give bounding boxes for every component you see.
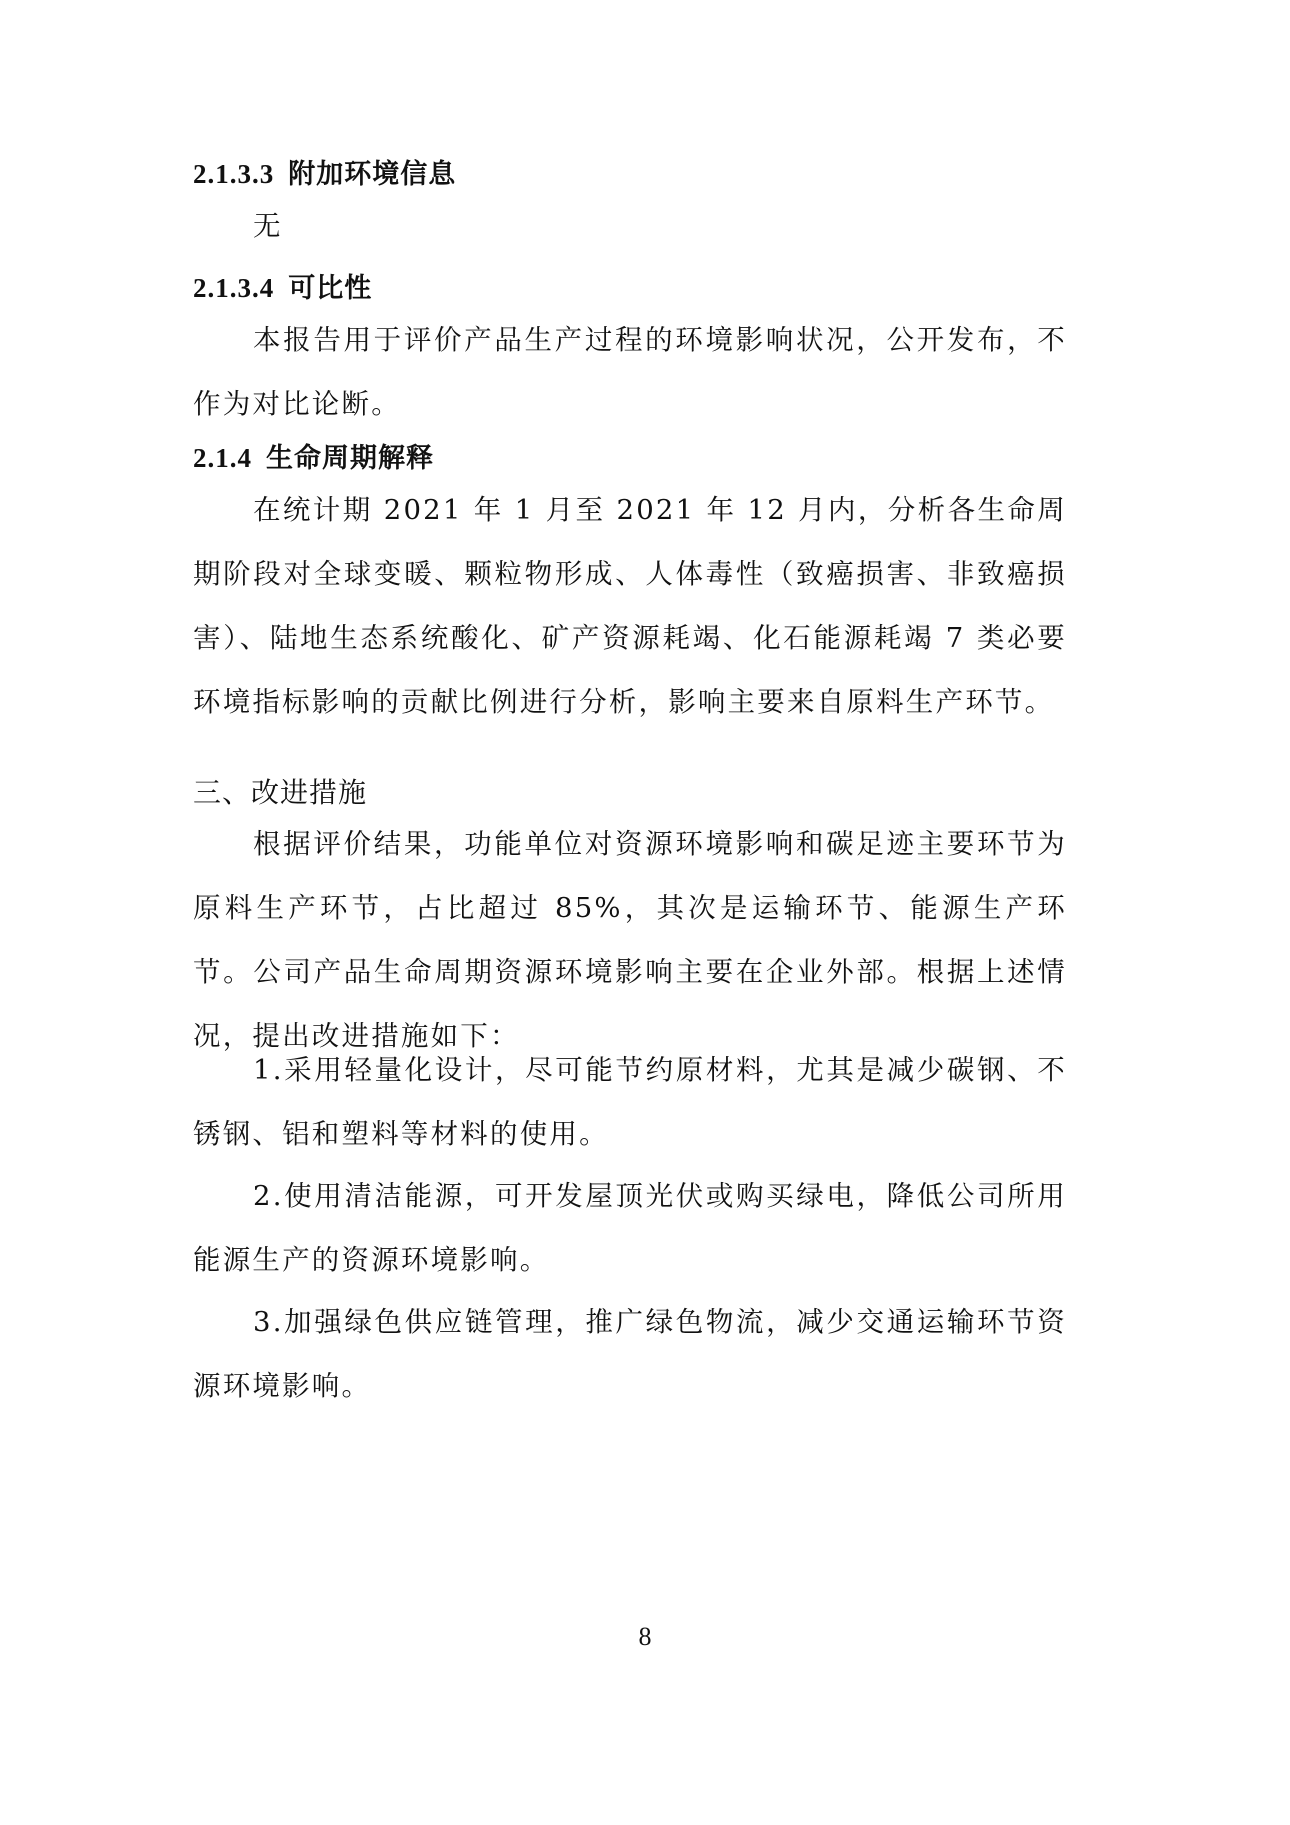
- list-item-measure-1: 1.采用轻量化设计，尽可能节约原材料，尤其是减少碳钢、不锈钢、铝和塑料等材料的使…: [193, 1038, 1067, 1166]
- page-number: 8: [0, 1622, 1290, 1652]
- paragraph-lifecycle-interpretation: 在统计期 2021 年 1 月至 2021 年 12 月内，分析各生命周期阶段对…: [193, 478, 1067, 734]
- heading-title: 生命周期解释: [266, 443, 434, 474]
- list-item-measure-2: 2.使用清洁能源，可开发屋顶光伏或购买绿电，降低公司所用能源生产的资源环境影响。: [193, 1164, 1067, 1292]
- paragraph-additional-info: 无: [193, 194, 1067, 258]
- heading-number: 2.1.3.3: [193, 159, 274, 189]
- heading-2-1-3-4: 2.1.3.4可比性: [193, 266, 372, 305]
- heading-improvement-measures: 三、改进措施: [193, 771, 367, 811]
- heading-title: 附加环境信息: [288, 159, 456, 190]
- paragraph-comparability: 本报告用于评价产品生产过程的环境影响状况，公开发布，不作为对比论断。: [193, 308, 1067, 436]
- heading-2-1-4: 2.1.4生命周期解释: [193, 436, 434, 475]
- heading-2-1-3-3: 2.1.3.3附加环境信息: [193, 152, 456, 191]
- list-item-measure-3: 3.加强绿色供应链管理，推广绿色物流，减少交通运输环节资源环境影响。: [193, 1290, 1067, 1418]
- heading-number: 2.1.3.4: [193, 273, 274, 303]
- paragraph-improvement-intro: 根据评价结果，功能单位对资源环境影响和碳足迹主要环节为原料生产环节，占比超过 8…: [193, 812, 1067, 1068]
- heading-title: 可比性: [288, 273, 372, 304]
- heading-number: 2.1.4: [193, 443, 252, 473]
